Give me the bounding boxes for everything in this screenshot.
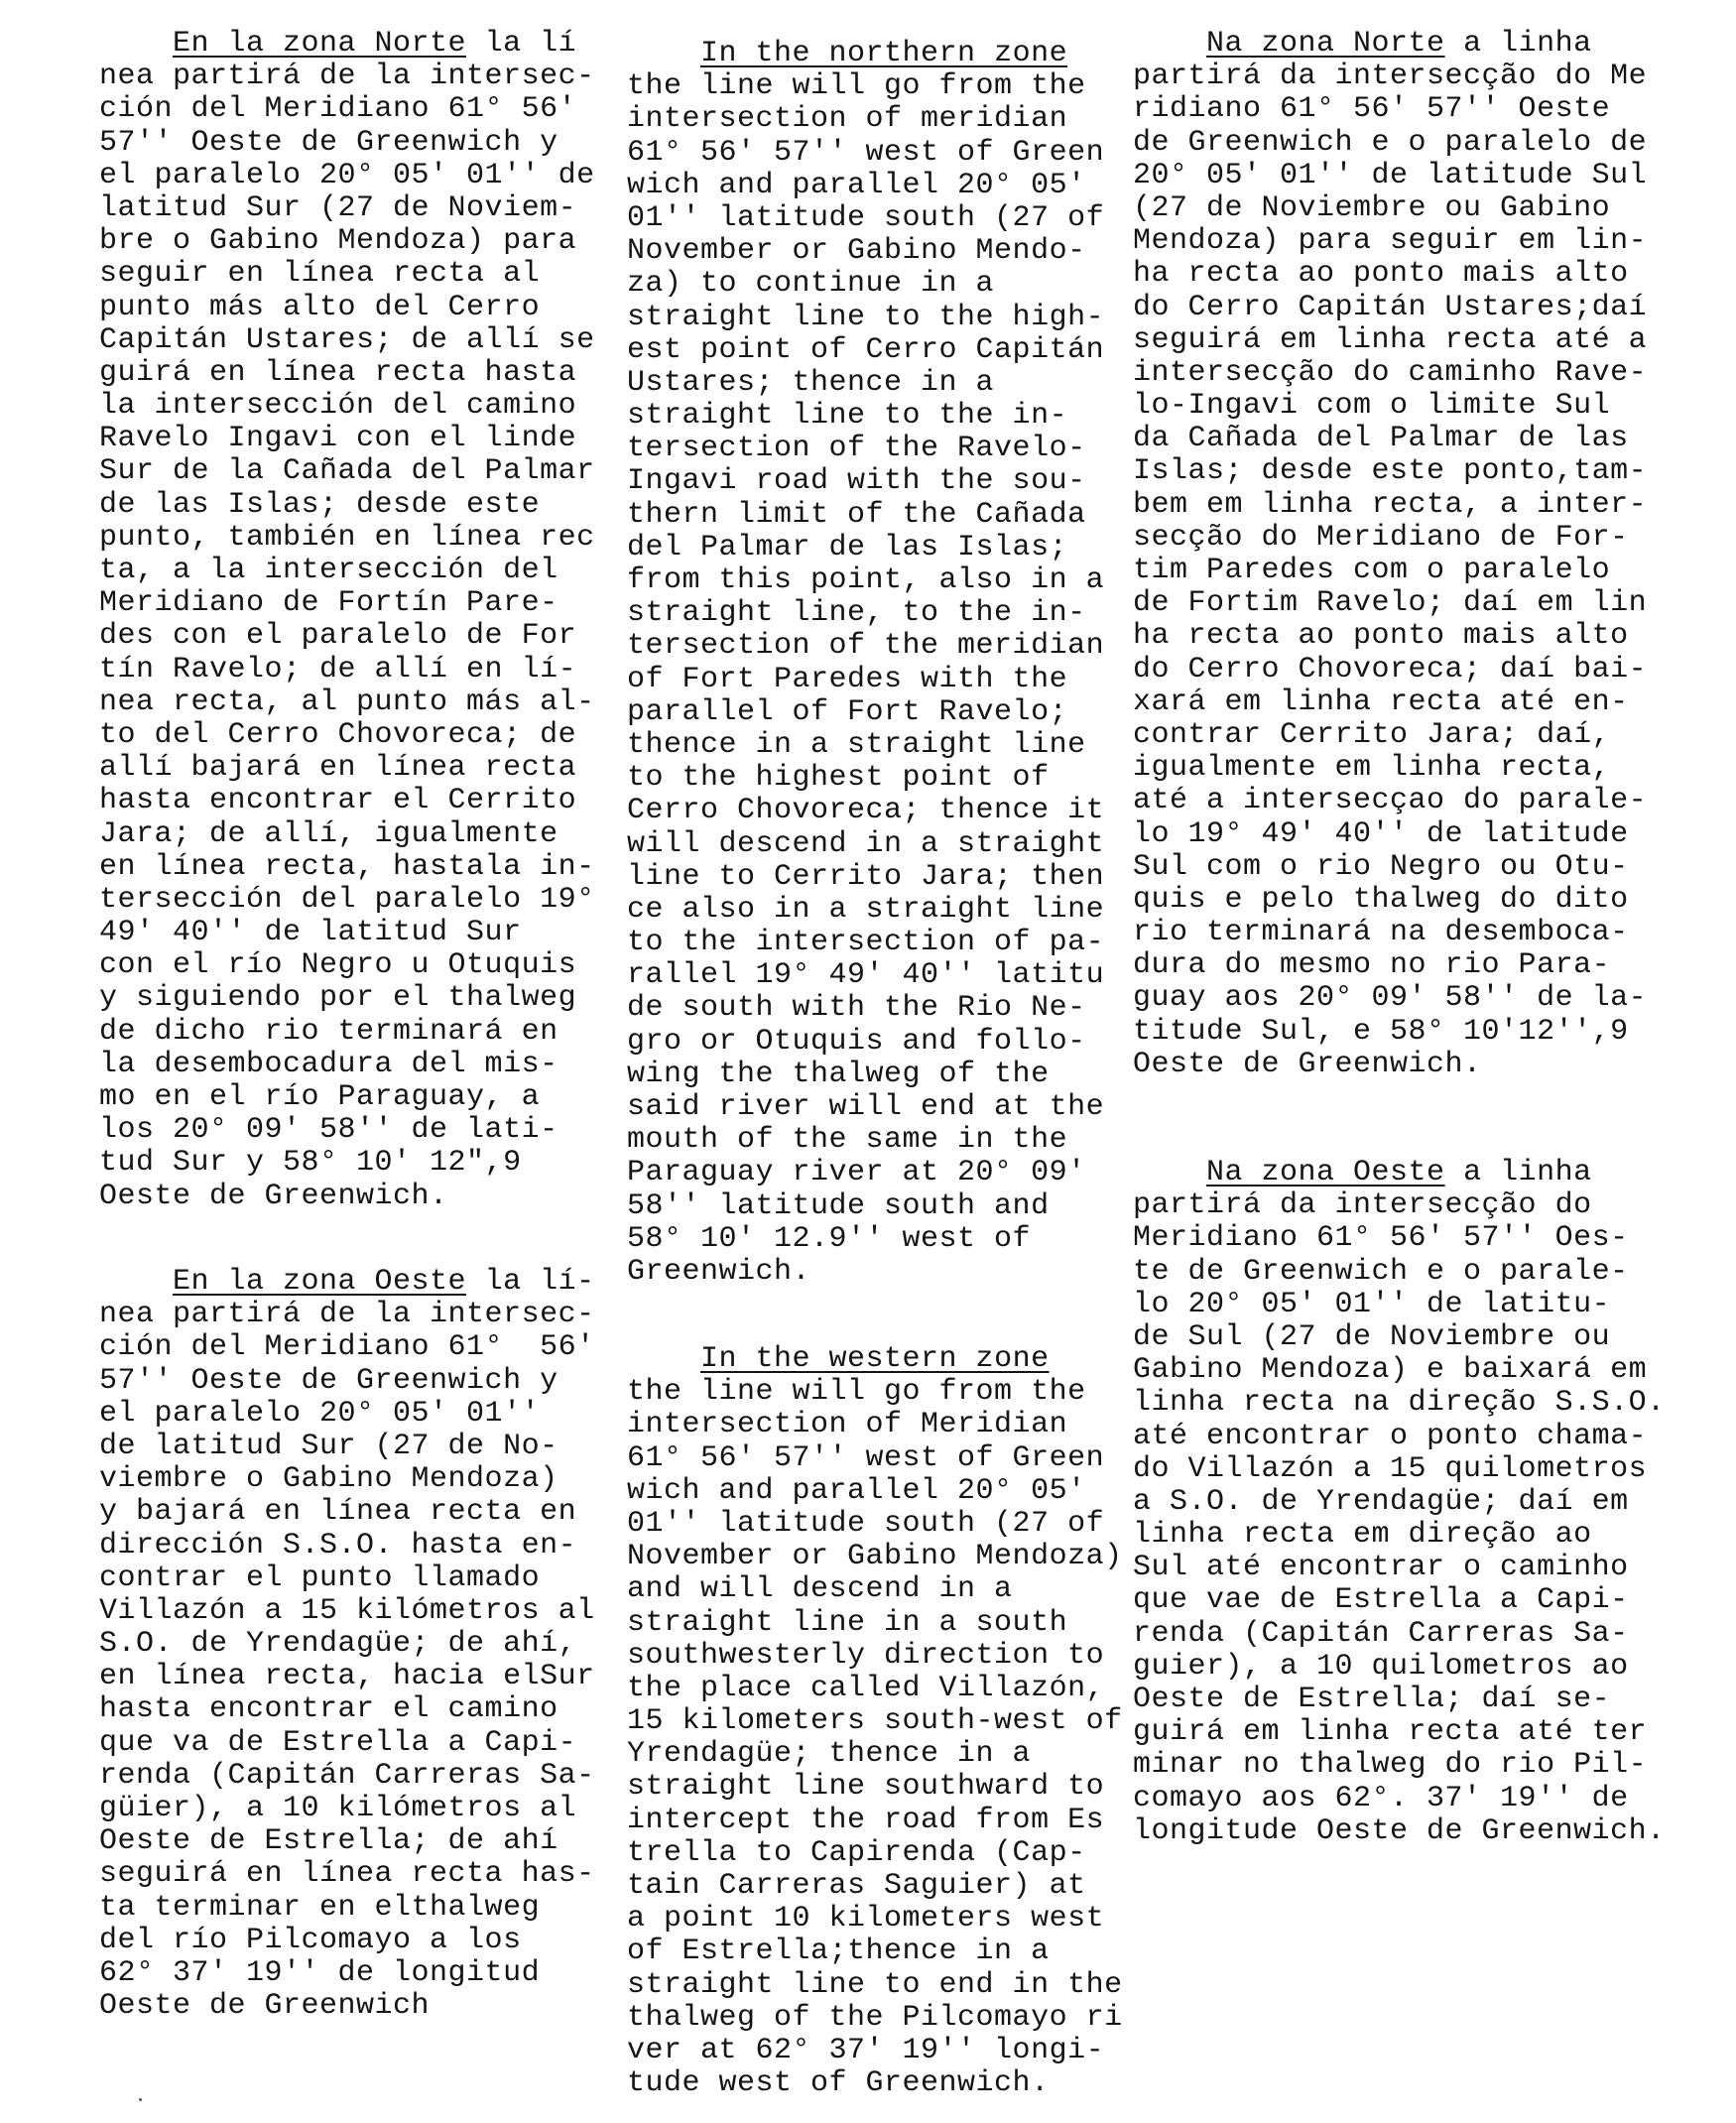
- text-line: Oeste de Greenwich: [99, 1990, 655, 2023]
- text-line: de las Islas; desde este: [99, 489, 655, 522]
- text-line: partirá da intersecção do Me: [1133, 61, 1688, 93]
- text-line: Meridiano de Fortín Pare-: [99, 587, 655, 620]
- text-line: 58'' latitude south and: [627, 1190, 1182, 1223]
- text-line: xará em linha recta até en-: [1133, 687, 1688, 719]
- heading-rest-text: a linha: [1445, 27, 1592, 61]
- text-line: lo 20° 05' 01'' de latitu-: [1133, 1289, 1688, 1321]
- text-line: Villazón a 15 kilómetros al: [99, 1595, 655, 1628]
- text-line: de Fortim Ravelo; daí em lin: [1133, 587, 1688, 620]
- text-line: dura do mesmo no rio Para-: [1133, 949, 1688, 982]
- text-line: a S.O. de Yrendagüe; daí em: [1133, 1486, 1688, 1519]
- text-line: rallel 19° 49' 40'' latitu: [627, 959, 1182, 992]
- text-line: bem em linha recta, a inter-: [1133, 489, 1688, 522]
- text-line: renda (Capitán Carreras Sa-: [1133, 1618, 1688, 1651]
- heading-underlined-text: In the northern zone: [700, 37, 1067, 70]
- text-line: partirá da intersecção do: [1133, 1189, 1688, 1222]
- text-line: bre o Gabino Mendoza) para: [99, 225, 655, 258]
- heading-underlined-text: En la zona Norte: [173, 27, 466, 61]
- text-line: minar no thalweg do rio Pil-: [1133, 1749, 1688, 1782]
- text-line: straight line, to the in-: [627, 597, 1182, 630]
- section-heading: In the western zone: [627, 1343, 1182, 1376]
- text-line: Islas; desde este ponto,tam-: [1133, 455, 1688, 488]
- text-line: de Greenwich e o paralelo de: [1133, 127, 1688, 160]
- text-line: intercept the road from Es: [627, 1805, 1182, 1837]
- ink-speck: [139, 2098, 142, 2101]
- text-line: to the highest point of: [627, 762, 1182, 795]
- text-line: seguirá em linha recta até a: [1133, 324, 1688, 357]
- text-line: 01'' latitude south (27 of: [627, 1508, 1182, 1541]
- text-line: Jara; de allí, igualmente: [99, 818, 655, 851]
- text-line: renda (Capitán Carreras Sa-: [99, 1760, 655, 1793]
- text-line: de Sul (27 de Noviembre ou: [1133, 1321, 1688, 1354]
- heading-underlined-text: En la zona Oeste: [173, 1265, 466, 1299]
- text-line: tain Carreras Saguier) at: [627, 1870, 1182, 1903]
- text-line: Oeste de Estrella; daí se-: [1133, 1684, 1688, 1716]
- heading-indent: [1133, 1157, 1206, 1189]
- text-line: Ustares; thence in a: [627, 367, 1182, 400]
- text-line: 62° 37' 19'' de longitud: [99, 1957, 655, 1990]
- text-line: Gabino Mendoza) e baixará em: [1133, 1354, 1688, 1387]
- text-line: el paralelo 20° 05' 01'': [99, 1398, 655, 1431]
- text-line: igualmente em linha recta,: [1133, 752, 1688, 785]
- text-line: la desembocadura del mis-: [99, 1049, 655, 1081]
- text-line: quis e pelo thalweg do dito: [1133, 884, 1688, 917]
- text-line: of Estrella;thence in a: [627, 1936, 1182, 1968]
- text-line: from this point, also in a: [627, 564, 1182, 597]
- text-line: trella to Capirenda (Cap-: [627, 1837, 1182, 1870]
- text-line: 49' 40'' de latitud Sur: [99, 917, 655, 949]
- text-line: hasta encontrar el camino: [99, 1693, 655, 1726]
- text-line: Ravelo Ingavi con el linde: [99, 423, 655, 455]
- text-line: S.O. de Yrendagüe; de ahí,: [99, 1628, 655, 1661]
- text-line: mouth of the same in the: [627, 1124, 1182, 1157]
- section-pt-west: Na zona Oeste a linhapartirá da intersec…: [1133, 1157, 1688, 1848]
- text-line: até encontrar o ponto chama-: [1133, 1421, 1688, 1453]
- text-line: November or Gabino Mendo-: [627, 235, 1182, 268]
- text-line: ce also in a straight line: [627, 894, 1182, 927]
- heading-indent: [99, 1266, 173, 1299]
- text-line: Cerro Chovoreca; thence it: [627, 795, 1182, 827]
- text-line: the line will go from the: [627, 1376, 1182, 1409]
- text-line: los 20° 09' 58'' de lati-: [99, 1114, 655, 1147]
- text-line: y siguiendo por el thalweg: [99, 982, 655, 1015]
- text-line: contrar Cerrito Jara; daí,: [1133, 719, 1688, 752]
- text-line: Sur de la Cañada del Palmar: [99, 455, 655, 488]
- text-line: ridiano 61° 56' 57'' Oeste: [1133, 93, 1688, 126]
- text-line: 61° 56' 57'' west of Green: [627, 137, 1182, 170]
- text-line: rio terminará na desemboca-: [1133, 917, 1688, 949]
- section-en-north: In the northern zonethe line will go fro…: [627, 38, 1182, 1289]
- text-line: lo 19° 49' 40'' de latitude: [1133, 818, 1688, 851]
- text-line: del Palmar de las Islas;: [627, 532, 1182, 564]
- text-line: da Cañada del Palmar de las: [1133, 423, 1688, 455]
- text-line: 57'' Oeste de Greenwich y: [99, 1365, 655, 1398]
- text-line: güier), a 10 kilómetros al: [99, 1793, 655, 1825]
- text-line: lo-Ingavi com o limite Sul: [1133, 390, 1688, 423]
- text-line: Greenwich.: [627, 1256, 1182, 1289]
- text-line: Sul até encontrar o caminho: [1133, 1552, 1688, 1584]
- text-line: ción del Meridiano 61° 56': [99, 1331, 655, 1364]
- text-line: est point of Cerro Capitán: [627, 334, 1182, 367]
- text-line: wich and parallel 20° 05': [627, 170, 1182, 202]
- text-line: Oeste de Greenwich.: [99, 1181, 655, 1213]
- text-line: seguirá en línea recta has-: [99, 1858, 655, 1891]
- text-line: con el río Negro u Otuquis: [99, 949, 655, 982]
- text-line: said river will end at the: [627, 1091, 1182, 1124]
- text-line: do Cerro Chovoreca; daí bai-: [1133, 654, 1688, 687]
- text-line: and will descend in a: [627, 1573, 1182, 1606]
- text-line: guay aos 20° 09' 58'' de la-: [1133, 982, 1688, 1015]
- text-line: Capitán Ustares; de allí se: [99, 324, 655, 357]
- text-line: Paraguay river at 20° 09': [627, 1157, 1182, 1189]
- heading-indent: [627, 1343, 700, 1376]
- text-line: straight line to the in-: [627, 400, 1182, 433]
- section-pt-north: Na zona Norte a linhapartirá da intersec…: [1133, 28, 1688, 1081]
- text-line: contrar el punto llamado: [99, 1562, 655, 1595]
- text-line: del río Pilcomayo a los: [99, 1925, 655, 1957]
- text-line: to del Cerro Chovoreca; de: [99, 719, 655, 752]
- text-line: ha recta ao ponto mais alto: [1133, 258, 1688, 291]
- text-line: te de Greenwich e o parale-: [1133, 1256, 1688, 1289]
- text-line: thence in a straight line: [627, 729, 1182, 762]
- text-line: linha recta na direção S.S.O.: [1133, 1387, 1688, 1420]
- text-line: que vae de Estrella a Capi-: [1133, 1584, 1688, 1617]
- section-heading: Na zona Norte a linha: [1133, 28, 1688, 61]
- text-line: guirá em linha recta até ter: [1133, 1716, 1688, 1749]
- section-heading: En la zona Norte la lí: [99, 28, 655, 61]
- text-line: dirección S.S.O. hasta en-: [99, 1530, 655, 1562]
- text-line: tersection of the Ravelo-: [627, 433, 1182, 465]
- text-line: comayo aos 62°. 37' 19'' de: [1133, 1783, 1688, 1815]
- text-line: (27 de Noviembre ou Gabino: [1133, 192, 1688, 225]
- text-line: wich and parallel 20° 05': [627, 1475, 1182, 1508]
- text-line: punto más alto del Cerro: [99, 292, 655, 324]
- text-line: to the intersection of pa-: [627, 927, 1182, 959]
- text-line: de latitud Sur (27 de No-: [99, 1431, 655, 1463]
- text-line: ción del Meridiano 61° 56': [99, 93, 655, 126]
- text-line: tud Sur y 58° 10' 12",9: [99, 1147, 655, 1180]
- text-line: titude Sul, e 58° 10'12'',9: [1133, 1016, 1688, 1049]
- text-line: y bajará en línea recta en: [99, 1496, 655, 1529]
- text-line: tim Paredes com o paralelo: [1133, 555, 1688, 587]
- section-es-west: En la zona Oeste la lí-nea partirá de la…: [99, 1266, 655, 2023]
- text-line: guirá en línea recta hasta: [99, 357, 655, 390]
- text-line: Sul com o rio Negro ou Otu-: [1133, 851, 1688, 884]
- text-line: the line will go from the: [627, 70, 1182, 103]
- text-line: intersecção do caminho Rave-: [1133, 357, 1688, 390]
- text-line: nea partirá de la intersec-: [99, 61, 655, 93]
- text-line: tersection of the meridian: [627, 630, 1182, 663]
- text-line: straight line in a south: [627, 1607, 1182, 1640]
- text-line: intersection of Meridian: [627, 1409, 1182, 1441]
- heading-indent: [99, 28, 173, 61]
- text-line: tersección del paralelo 19°: [99, 884, 655, 917]
- text-line: en línea recta, hacia elSur: [99, 1661, 655, 1693]
- text-line: Oeste de Greenwich.: [1133, 1049, 1688, 1081]
- heading-underlined-text: In the western zone: [700, 1342, 1050, 1376]
- text-line: straight line to the high-: [627, 302, 1182, 334]
- text-line: tín Ravelo; de allí en lí-: [99, 654, 655, 687]
- text-line: gro or Otuquis and follo-: [627, 1026, 1182, 1059]
- text-line: will descend in a straight: [627, 828, 1182, 861]
- section-heading: In the northern zone: [627, 38, 1182, 70]
- text-line: latitud Sur (27 de Noviem-: [99, 192, 655, 225]
- text-line: thalweg of the Pilcomayo ri: [627, 2002, 1182, 2035]
- text-line: Oeste de Estrella; de ahí: [99, 1825, 655, 1858]
- text-line: de south with the Rio Ne-: [627, 992, 1182, 1025]
- text-line: secção do Meridiano de For-: [1133, 522, 1688, 555]
- text-line: des con el paralelo de For: [99, 620, 655, 653]
- text-line: la intersección del camino: [99, 390, 655, 423]
- section-heading: En la zona Oeste la lí-: [99, 1266, 655, 1299]
- text-line: Mendoza) para seguir em lin-: [1133, 225, 1688, 258]
- heading-rest-text: la lí-: [466, 1265, 595, 1299]
- text-line: guier), a 10 quilometros ao: [1133, 1651, 1688, 1684]
- text-line: 58° 10' 12.9'' west of: [627, 1223, 1182, 1256]
- text-line: que va de Estrella a Capi-: [99, 1727, 655, 1760]
- text-line: 01'' latitude south (27 of: [627, 202, 1182, 235]
- text-line: intersection of meridian: [627, 103, 1182, 136]
- text-line: straight line to end in the: [627, 1969, 1182, 2002]
- heading-underlined-text: Na zona Oeste: [1206, 1156, 1445, 1189]
- text-line: a point 10 kilometers west: [627, 1903, 1182, 1936]
- heading-underlined-text: Na zona Norte: [1206, 27, 1445, 61]
- text-line: el paralelo 20° 05' 01'' de: [99, 160, 655, 192]
- text-line: Ingavi road with the sou-: [627, 465, 1182, 498]
- text-line: November or Gabino Mendoza): [627, 1541, 1182, 1573]
- heading-indent: [1133, 28, 1206, 61]
- text-line: Meridiano 61° 56' 57'' Oes-: [1133, 1222, 1688, 1255]
- text-line: mo en el río Paraguay, a: [99, 1081, 655, 1114]
- section-es-north: En la zona Norte la línea partirá de la …: [99, 28, 655, 1213]
- text-line: de dicho rio terminará en: [99, 1016, 655, 1049]
- text-line: southwesterly direction to: [627, 1640, 1182, 1673]
- text-line: za) to continue in a: [627, 268, 1182, 301]
- text-line: straight line southward to: [627, 1771, 1182, 1804]
- text-line: Yrendagüe; thence in a: [627, 1738, 1182, 1771]
- text-line: wing the thalweg of the: [627, 1059, 1182, 1091]
- heading-indent: [627, 38, 700, 70]
- text-line: 57'' Oeste de Greenwich y: [99, 127, 655, 160]
- text-line: ha recta ao ponto mais alto: [1133, 620, 1688, 653]
- text-line: ta, a la intersección del: [99, 555, 655, 587]
- text-line: longitude Oeste de Greenwich.: [1133, 1815, 1688, 1848]
- text-line: ver at 62° 37' 19'' longi-: [627, 2035, 1182, 2067]
- text-line: nea partirá de la intersec-: [99, 1299, 655, 1331]
- text-line: seguir en línea recta al: [99, 258, 655, 291]
- text-line: do Villazón a 15 quilometros: [1133, 1453, 1688, 1486]
- text-line: thern limit of the Cañada: [627, 499, 1182, 532]
- text-line: parallel of Fort Ravelo;: [627, 696, 1182, 729]
- text-line: viembre o Gabino Mendoza): [99, 1463, 655, 1496]
- text-line: 61° 56' 57'' west of Green: [627, 1442, 1182, 1475]
- text-line: linha recta em direção ao: [1133, 1519, 1688, 1552]
- text-line: punto, también en línea rec: [99, 522, 655, 555]
- text-line: of Fort Paredes with the: [627, 664, 1182, 696]
- section-heading: Na zona Oeste a linha: [1133, 1157, 1688, 1189]
- text-line: line to Cerrito Jara; then: [627, 861, 1182, 894]
- text-line: en línea recta, hastala in-: [99, 851, 655, 884]
- heading-rest-text: a linha: [1445, 1156, 1592, 1189]
- heading-rest-text: la lí: [466, 27, 576, 61]
- text-line: do Cerro Capitán Ustares;daí: [1133, 292, 1688, 324]
- text-line: 20° 05' 01'' de latitude Sul: [1133, 160, 1688, 192]
- text-line: tude west of Greenwich.: [627, 2067, 1182, 2100]
- text-line: allí bajará en línea recta: [99, 752, 655, 785]
- text-line: até a intersecçao do parale-: [1133, 785, 1688, 817]
- text-line: ta terminar en elthalweg: [99, 1892, 655, 1925]
- text-line: the place called Villazón,: [627, 1673, 1182, 1705]
- text-line: hasta encontrar el Cerrito: [99, 785, 655, 817]
- text-line: nea recta, al punto más al-: [99, 687, 655, 719]
- text-line: 15 kilometers south-west of: [627, 1705, 1182, 1738]
- section-en-west: In the western zonethe line will go from…: [627, 1343, 1182, 2100]
